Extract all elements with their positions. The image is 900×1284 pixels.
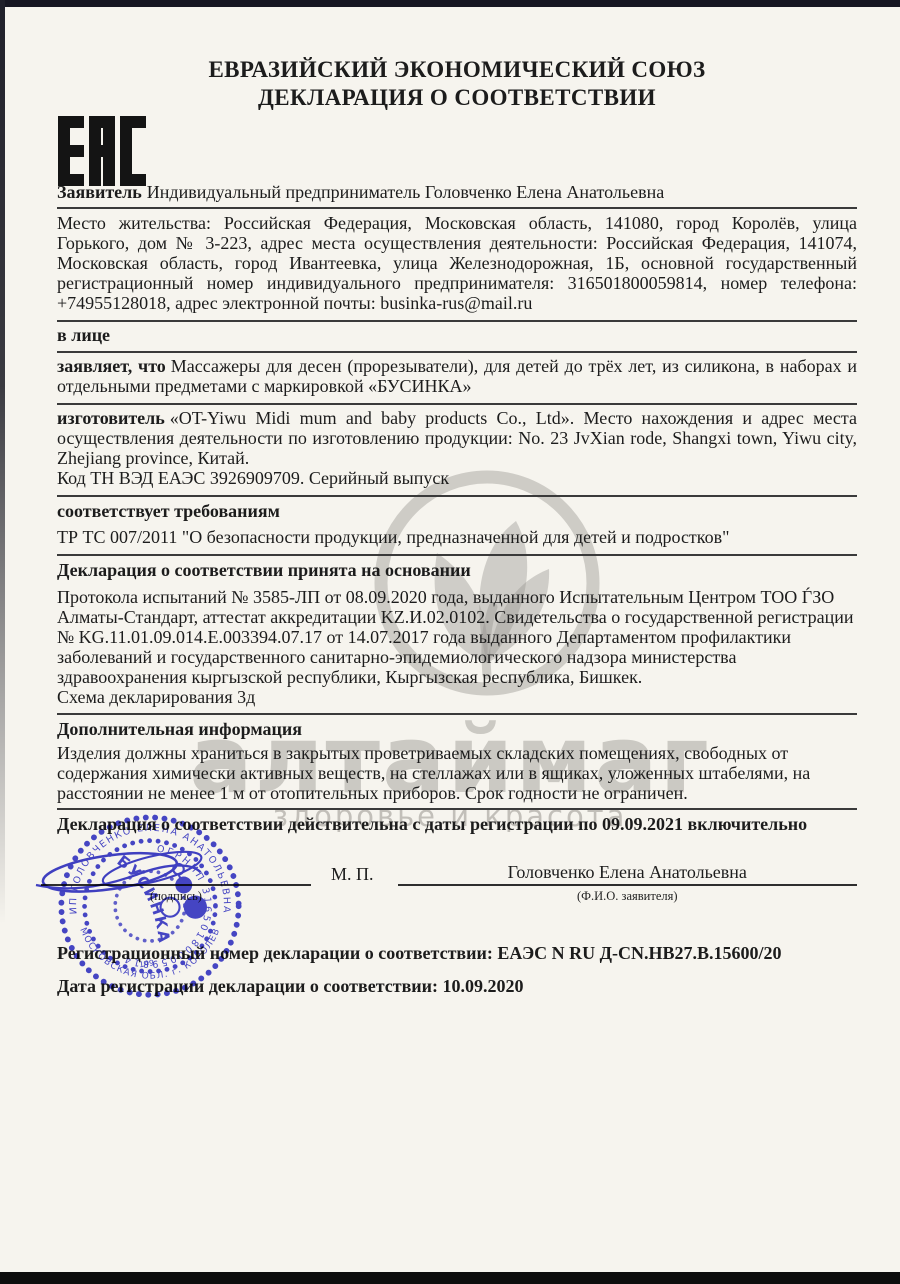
- scan-edge-left: [0, 0, 5, 1284]
- address-text: Место жительства: Российская Федерация, …: [57, 213, 857, 313]
- section-applicant: ЗаявительИндивидуальный предприниматель …: [57, 182, 857, 209]
- document-title: ЕВРАЗИЙСКИЙ ЭКОНОМИЧЕСКИЙ СОЮЗ ДЕКЛАРАЦИ…: [57, 56, 857, 112]
- declaration-scheme-line: Схема декларирования 3д: [57, 687, 857, 707]
- section-manufacturer: изготовитель«OT-Yiwu Midi mum and baby p…: [57, 405, 857, 497]
- title-line-union: ЕВРАЗИЙСКИЙ ЭКОНОМИЧЕСКИЙ СОЮЗ: [57, 56, 857, 84]
- declares-value: Массажеры для десен (прорезыватели), для…: [57, 356, 857, 396]
- manufacturer-paragraph: изготовитель«OT-Yiwu Midi mum and baby p…: [57, 408, 857, 468]
- signature-area: (подпись) М. П. Головченко Елена Анатоль…: [57, 862, 857, 903]
- basis-label: Декларация о соответствии принята на осн…: [57, 560, 471, 580]
- signature-right-column: Головченко Елена Анатольевна (Ф.И.О. зая…: [398, 862, 857, 903]
- eac-mark-icon: [58, 116, 146, 186]
- manufacturer-label: изготовитель: [57, 408, 165, 428]
- applicant-value: Индивидуальный предприниматель Головченк…: [147, 182, 664, 202]
- declares-label: заявляет, что: [57, 356, 166, 376]
- basis-value: Протокола испытаний № 3585-ЛП от 08.09.2…: [57, 587, 857, 687]
- complies-label: соответствует требованиям: [57, 501, 280, 521]
- section-declares: заявляет, чтоМассажеры для десен (прорез…: [57, 353, 857, 405]
- section-additional-info: Дополнительная информация Изделия должны…: [57, 715, 857, 810]
- company-round-stamp: ИП ГОЛОВЧЕНКО ЕЛЕНА АНАТОЛЬЕВНА МОСКОВСК…: [55, 809, 245, 999]
- stamp-place-label: М. П.: [331, 862, 374, 884]
- name-caption: (Ф.И.О. заявителя): [398, 889, 857, 903]
- section-complies: соответствует требованиям ТР ТС 007/2011…: [57, 497, 857, 556]
- applicant-signature-name: Головченко Елена Анатольевна: [398, 862, 857, 886]
- scan-edge-bottom: [0, 1272, 900, 1284]
- title-line-declaration: ДЕКЛАРАЦИЯ О СООТВЕТСТВИИ: [57, 84, 857, 112]
- in-person-label: в лице: [57, 325, 110, 345]
- document-content: ЕВРАЗИЙСКИЙ ЭКОНОМИЧЕСКИЙ СОЮЗ ДЕКЛАРАЦИ…: [57, 0, 857, 996]
- complies-value: ТР ТС 007/2011 "О безопасности продукции…: [57, 527, 857, 547]
- section-in-person: в лице: [57, 322, 857, 353]
- declaration-document-page: алтаймаг здоровье и красота ЕВРАЗИЙСКИЙ …: [0, 0, 900, 1284]
- section-address: Место жительства: Российская Федерация, …: [57, 209, 857, 322]
- tnved-code-line: Код ТН ВЭД ЕАЭС 3926909709. Серийный вып…: [57, 468, 857, 488]
- additional-info-label: Дополнительная информация: [57, 719, 302, 739]
- manufacturer-value: «OT-Yiwu Midi mum and baby products Co.,…: [57, 408, 857, 468]
- additional-info-value: Изделия должны храниться в закрытых пров…: [57, 743, 857, 803]
- section-basis: Декларация о соответствии принята на осн…: [57, 556, 857, 715]
- scan-edge-top: [0, 0, 900, 7]
